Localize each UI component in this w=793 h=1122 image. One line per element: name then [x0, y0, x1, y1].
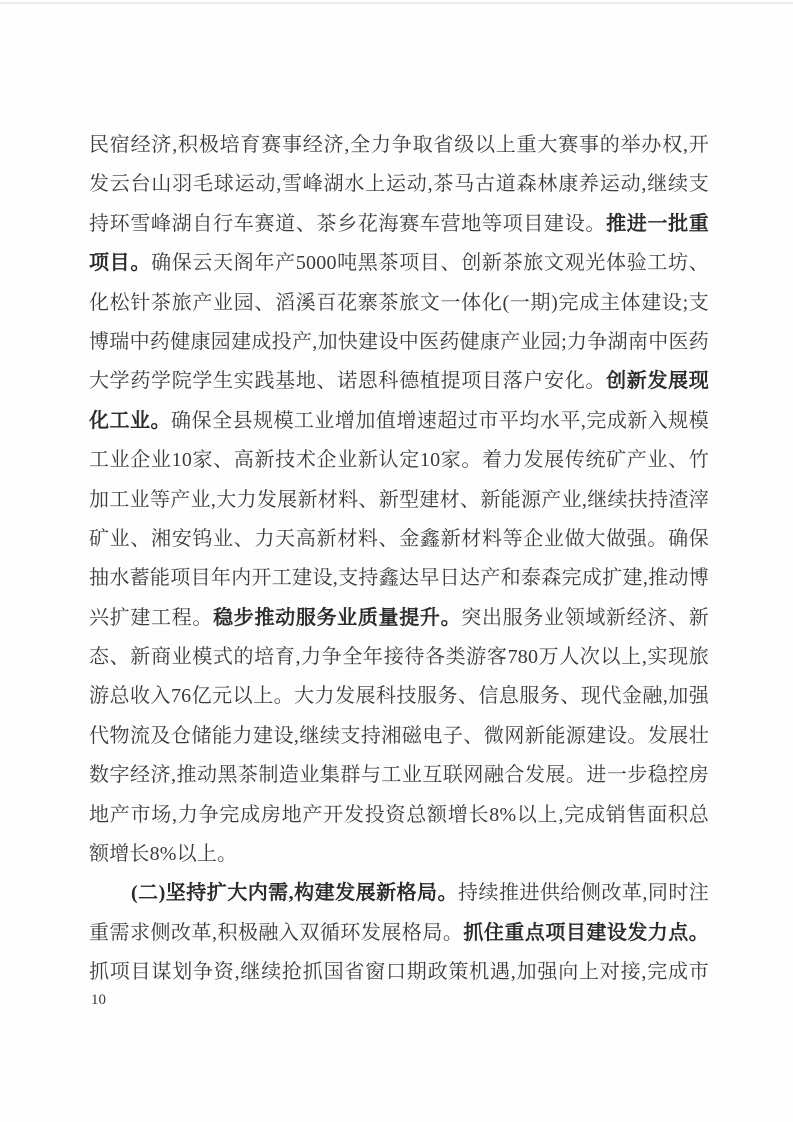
- text-run: 抽水蓄能项目年内开工建设,支持鑫达早日达产和泰森完成扩建,推动博: [89, 567, 709, 589]
- text-line: 项目。确保云天阁年产5000吨黑茶项目、创新茶旅文观光体验工坊、安: [89, 244, 709, 283]
- text-run: 确保云天阁年产5000吨黑茶项目、创新茶旅文观光体验工坊、安: [89, 252, 709, 283]
- document-page: 民宿经济,积极培育赛事经济,全力争取省级以上重大赛事的举办权,开发云台山羽毛球运…: [0, 0, 793, 1122]
- page-number: 10: [91, 990, 106, 1010]
- scan-edge-line: [0, 2, 793, 4]
- text-run: 游总收入76亿元以上。大力发展科技服务、信息服务、现代金融,加强现: [89, 685, 709, 716]
- text-run: 抓项目谋划争资,继续抢抓国省窗口期政策机遇,加强向上对接,完成市: [89, 961, 709, 983]
- text-block: 民宿经济,积极培育赛事经济,全力争取省级以上重大赛事的举办权,开发云台山羽毛球运…: [89, 126, 709, 993]
- text-line: 重需求侧改革,积极融入双循环发展格局。抓住重点项目建设发力点。: [89, 914, 709, 953]
- text-line: 兴扩建工程。稳步推动服务业质量提升。突出服务业领域新经济、新业: [89, 599, 709, 638]
- text-run: 民宿经济,积极培育赛事经济,全力争取省级以上重大赛事的举办权,开: [89, 134, 709, 156]
- text-line: 民宿经济,积极培育赛事经济,全力争取省级以上重大赛事的举办权,开: [89, 126, 709, 165]
- text-line: 工业企业10家、高新技术企业新认定10家。着力发展传统矿产业、竹木: [89, 441, 709, 480]
- bold-run: 化工业。: [89, 410, 171, 432]
- text-line: 态、新商业模式的培育,力争全年接待各类游客780万人次以上,实现旅: [89, 638, 709, 677]
- text-line: 博瑞中药健康园建成投产,加快建设中医药健康产业园;力争湖南中医药: [89, 323, 709, 362]
- text-line: 大学药学院学生实践基地、诺恩科德植提项目落户安化。创新发展现代: [89, 362, 709, 401]
- bold-run: 抓住重点项目建设发力点。: [463, 922, 709, 944]
- text-line: 加工业等产业,大力发展新材料、新型建材、新能源产业,继续扶持渣滓溪: [89, 481, 709, 520]
- text-run: 确保全县规模工业增加值增速超过市平均水平,完成新入规模: [171, 410, 709, 432]
- text-run: 博瑞中药健康园建成投产,加快建设中医药健康产业园;力争湖南中医药: [89, 331, 709, 353]
- text-run: 重需求侧改革,积极融入双循环发展格局。: [89, 922, 463, 944]
- text-line: 代物流及仓储能力建设,继续支持湘磁电子、微网新能源建设。发展壮大: [89, 717, 709, 756]
- text-run: 态、新商业模式的培育,力争全年接待各类游客780万人次以上,实现旅: [89, 646, 709, 668]
- text-line: 抽水蓄能项目年内开工建设,支持鑫达早日达产和泰森完成扩建,推动博: [89, 559, 709, 598]
- text-line: 地产市场,力争完成房地产开发投资总额增长8%以上,完成销售面积总: [89, 796, 709, 835]
- text-line: 化松针茶旅产业园、滔溪百花寨茶旅文一体化(一期)完成主体建设;支持: [89, 284, 709, 323]
- text-run: 额增长8%以上。: [89, 843, 237, 865]
- text-run: 代物流及仓储能力建设,继续支持湘磁电子、微网新能源建设。发展壮大: [89, 725, 709, 756]
- text-line: 数字经济,推动黑茶制造业集群与工业互联网融合发展。进一步稳控房: [89, 756, 709, 795]
- text-line: 游总收入76亿元以上。大力发展科技服务、信息服务、现代金融,加强现: [89, 677, 709, 716]
- text-run: 兴扩建工程。: [89, 607, 213, 629]
- text-run: 发云台山羽毛球运动,雪峰湖水上运动,茶马古道森林康养运动,继续支: [89, 173, 709, 195]
- text-run: 地产市场,力争完成房地产开发投资总额增长8%以上,完成销售面积总: [89, 804, 709, 826]
- text-run: 矿业、湘安钨业、力天高新材料、金鑫新材料等企业做大做强。确保安化: [89, 528, 709, 559]
- text-line: 抓项目谋划争资,继续抢抓国省窗口期政策机遇,加强向上对接,完成市: [89, 953, 709, 992]
- text-line: 持环雪峰湖自行车赛道、茶乡花海赛车营地等项目建设。推进一批重大: [89, 205, 709, 244]
- text-run: 持续推进供给侧改革,同时注: [458, 882, 709, 904]
- text-line: 化工业。确保全县规模工业增加值增速超过市平均水平,完成新入规模: [89, 402, 709, 441]
- bold-run: 项目。: [89, 252, 151, 274]
- text-run: 化松针茶旅产业园、滔溪百花寨茶旅文一体化(一期)完成主体建设;支持: [89, 292, 709, 323]
- text-line: (二)坚持扩大内需,构建发展新格局。持续推进供给侧改革,同时注: [89, 874, 709, 913]
- text-line: 矿业、湘安钨业、力天高新材料、金鑫新材料等企业做大做强。确保安化: [89, 520, 709, 559]
- text-line: 发云台山羽毛球运动,雪峰湖水上运动,茶马古道森林康养运动,继续支: [89, 165, 709, 204]
- text-run: 工业企业10家、高新技术企业新认定10家。着力发展传统矿产业、竹木: [89, 449, 709, 480]
- bold-run: 稳步推动服务业质量提升。: [213, 607, 461, 629]
- text-run: 持环雪峰湖自行车赛道、茶乡花海赛车营地等项目建设。: [89, 213, 606, 235]
- text-line: 额增长8%以上。: [89, 835, 709, 874]
- text-run: 加工业等产业,大力发展新材料、新型建材、新能源产业,继续扶持渣滓溪: [89, 489, 709, 520]
- bold-run: (二)坚持扩大内需,构建发展新格局。: [131, 882, 458, 904]
- text-run: 数字经济,推动黑茶制造业集群与工业互联网融合发展。进一步稳控房: [89, 764, 709, 786]
- text-run: 大学药学院学生实践基地、诺恩科德植提项目落户安化。: [89, 370, 606, 392]
